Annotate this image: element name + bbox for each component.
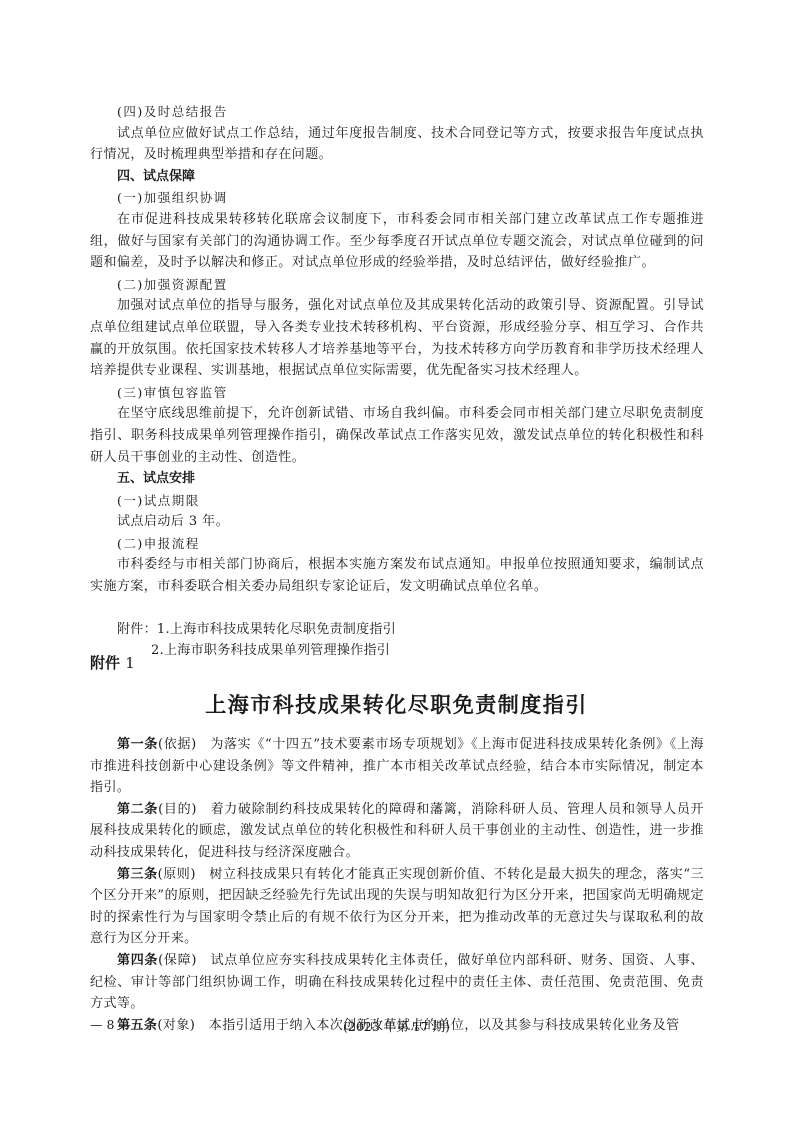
article-1: 第一条(依据) 为落实《“十四五”技术要素市场专项规划》《上海市促进科技成果转化… xyxy=(90,734,704,799)
paragraph-summary-report: 试点单位应做好试点工作总结，通过年度报告制度、技术合同登记等方式，按要求报告年度… xyxy=(90,123,704,166)
document-body-top: (四)及时总结报告 试点单位应做好试点工作总结，通过年度报告制度、技术合同登记等… xyxy=(90,101,704,662)
subheading-summary-report: (四)及时总结报告 xyxy=(90,101,704,123)
heading-pilot-arrangement: 五、试点安排 xyxy=(90,468,704,490)
article-tag: (对象) xyxy=(157,1018,195,1033)
article-number: 第三条 xyxy=(117,867,158,882)
document-title: 上海市科技成果转化尽职免责制度指引 xyxy=(0,689,793,719)
subheading-supervision: (三)审慎包容监管 xyxy=(90,382,704,404)
subheading-resources: (二)加强资源配置 xyxy=(90,274,704,296)
subheading-application-process: (二)申报流程 xyxy=(90,533,704,555)
articles-list: 第一条(依据) 为落实《“十四五”技术要素市场专项规划》《上海市促进科技成果转化… xyxy=(90,734,704,1036)
attachment-item-1: 附件：1.上海市科技成果转化尽职免责制度指引 xyxy=(90,619,704,641)
article-2: 第二条(目的) 着力破除制约科技成果转化的障碍和藩篱，消除科研人员、管理人员和领… xyxy=(90,799,704,864)
article-4: 第四条(保障) 试点单位应夯实科技成果转化主体责任，做好单位内部科研、财务、国资… xyxy=(90,950,704,1015)
annex-word: 附件 xyxy=(90,654,120,672)
article-tag: (目的) xyxy=(158,802,197,817)
subheading-coordination: (一)加强组织协调 xyxy=(90,187,704,209)
article-number: 第四条 xyxy=(117,953,158,968)
paragraph-application-process: 市科委经与市相关部门协商后，根据本实施方案发布试点通知。申报单位按照通知要求，编… xyxy=(90,554,704,597)
paragraph-pilot-period: 试点启动后 3 年。 xyxy=(90,511,704,533)
paragraph-resources: 加强对试点单位的指导与服务，强化对试点单位及其成果转化活动的政策引导、资源配置。… xyxy=(90,295,704,381)
annex-number: 1 xyxy=(125,654,135,672)
subheading-pilot-period: (一)试点期限 xyxy=(90,490,704,512)
spacer xyxy=(90,598,704,619)
annex-label: 附件 1 xyxy=(90,652,135,673)
article-tag: (原则) xyxy=(158,867,196,882)
article-number: 第一条 xyxy=(117,737,158,752)
article-number: 第二条 xyxy=(117,802,158,817)
issue-label: (2023 年第 17 期) xyxy=(343,1017,450,1035)
page-number: — 8 — xyxy=(90,1017,131,1032)
article-tag: (依据) xyxy=(158,737,197,752)
paragraph-coordination: 在市促进科技成果转移转化联席会议制度下，市科委会同市相关部门建立改革试点工作专题… xyxy=(90,209,704,274)
heading-pilot-guarantee: 四、试点保障 xyxy=(90,166,704,188)
article-3: 第三条(原则) 树立科技成果只有转化才能真正实现创新价值、不转化是最大损失的理念… xyxy=(90,864,704,950)
paragraph-supervision: 在坚守底线思维前提下，允许创新试错、市场自我纠偏。市科委会同市相关部门建立尽职免… xyxy=(90,403,704,468)
attachment-item-2: 2.上海市职务科技成果单列管理操作指引 xyxy=(90,640,704,662)
article-tag: (保障) xyxy=(158,953,197,968)
